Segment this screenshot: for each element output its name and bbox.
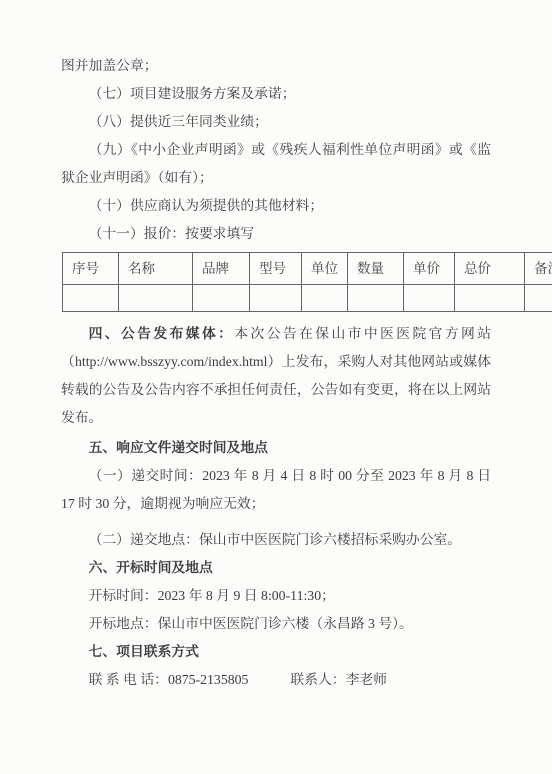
table-header-index: 序号: [63, 253, 119, 285]
table-header-name: 名称: [119, 253, 193, 285]
table-empty-cell: [302, 285, 348, 312]
table-empty-cell: [525, 285, 552, 312]
document-page: 图并加盖公章； （七）项目建设服务方案及承诺； （八）提供近三年同类业绩； （九…: [0, 0, 552, 774]
section-6-item-time: 开标时间：2023 年 8 月 9 日 8:00-11:30；: [61, 582, 491, 610]
table-header-remarks: 备注: [525, 253, 552, 285]
table-empty-cell: [348, 285, 404, 312]
table-empty-cell: [63, 285, 119, 312]
table-header-unit-price: 单价: [404, 253, 455, 285]
quote-table: 序号 名称 品牌 型号 单位 数量 单价 总价 备注: [62, 252, 552, 312]
intro-line-item7: （七）项目建设服务方案及承诺；: [61, 80, 491, 108]
table-empty-cell: [455, 285, 525, 312]
table-header-unit: 单位: [302, 253, 348, 285]
table-empty-cell: [250, 285, 302, 312]
table-header-model: 型号: [250, 253, 302, 285]
table-empty-cell: [119, 285, 193, 312]
section-5-item-time: （一）递交时间：2023 年 8 月 4 日 8 时 00 分至 2023 年 …: [61, 462, 491, 518]
intro-line-item8: （八）提供近三年同类业绩；: [61, 108, 491, 136]
section-6-heading: 六、开标时间及地点: [61, 554, 491, 582]
intro-line-item11: （十一）报价：按要求填写: [61, 220, 491, 248]
section-5-heading: 五、响应文件递交时间及地点: [61, 434, 491, 462]
table-header-quantity: 数量: [348, 253, 404, 285]
contact-line: 联 系 电 话：0875-2135805联系人：李老师: [61, 666, 491, 694]
section-4-heading: 四、公告发布媒体：: [89, 326, 235, 341]
section-7-heading: 七、项目联系方式: [61, 638, 491, 666]
intro-line-item10: （十）供应商认为须提供的其他材料；: [61, 192, 491, 220]
quote-table-empty-row: [63, 285, 552, 312]
table-empty-cell: [193, 285, 250, 312]
quote-table-header-row: 序号 名称 品牌 型号 单位 数量 单价 总价 备注: [63, 253, 552, 285]
intro-line-item9: （九）《中小企业声明函》或《残疾人福利性单位声明函》或《监狱企业声明函》（如有）…: [61, 136, 491, 192]
contact-person-label: 联系人：: [290, 672, 345, 687]
table-header-brand: 品牌: [193, 253, 250, 285]
contact-phone-label: 联 系 电 话：: [89, 672, 168, 687]
section-6-item-place: 开标地点：保山市中医医院门诊六楼（永昌路 3 号）。: [61, 610, 491, 638]
section-4-paragraph: 四、公告发布媒体：本次公告在保山市中医医院官方网站（http://www.bss…: [61, 320, 491, 432]
table-empty-cell: [404, 285, 455, 312]
intro-line-continuation: 图并加盖公章；: [61, 52, 491, 80]
section-5-item-place: （二）递交地点：保山市中医医院门诊六楼招标采购办公室。: [61, 526, 491, 554]
table-header-total-price: 总价: [455, 253, 525, 285]
contact-phone-number: 0875-2135805: [168, 672, 248, 687]
contact-person-name: 李老师: [346, 672, 387, 687]
